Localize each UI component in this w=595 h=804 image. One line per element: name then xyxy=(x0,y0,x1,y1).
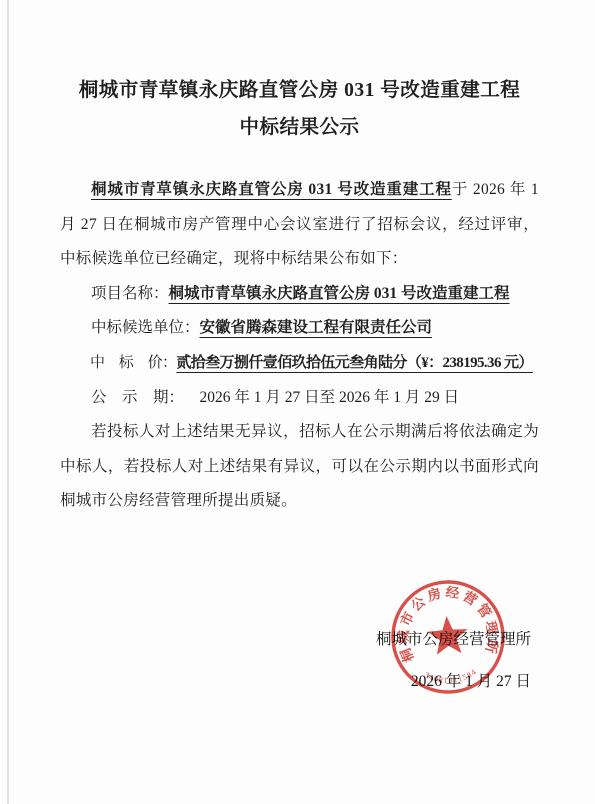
scanned-notice-page: 桐城市青草镇永庆路直管公房 031 号改造重建工程 中标结果公示 桐城市青草镇永… xyxy=(0,0,595,804)
scan-edge-artifact xyxy=(7,0,9,804)
field-value: 安徽省腾森建设工程有限责任公司 xyxy=(200,319,433,336)
field-label: 公 示 期： xyxy=(91,389,184,406)
document-body: 桐城市青草镇永庆路直管公房 031 号改造重建工程于 2026 年 1 月 27… xyxy=(60,173,539,519)
field-project-name: 项目名称：桐城市青草镇永庆路直管公房 031 号改造重建工程 xyxy=(60,277,539,312)
issue-date: 2026 年 1 月 27 日 xyxy=(376,672,531,692)
field-label: 中标候选单位： xyxy=(91,319,200,336)
field-publicity-period: 公 示 期：2026 年 1 月 27 日至 2026 年 1 月 29 日 xyxy=(60,381,539,416)
document-content: 桐城市青草镇永庆路直管公房 031 号改造重建工程 中标结果公示 桐城市青草镇永… xyxy=(60,72,539,519)
document-title: 桐城市青草镇永庆路直管公房 031 号改造重建工程 中标结果公示 xyxy=(60,72,539,146)
intro-project-name: 桐城市青草镇永庆路直管公房 031 号改造重建工程 xyxy=(91,181,452,198)
field-value: 2026 年 1 月 27 日至 2026 年 1 月 29 日 xyxy=(200,389,460,406)
issuing-organization: 桐城市公房经营管理所 xyxy=(376,630,531,650)
field-winning-candidate: 中标候选单位：安徽省腾森建设工程有限责任公司 xyxy=(60,311,539,346)
field-value: 桐城市青草镇永庆路直管公房 031 号改造重建工程 xyxy=(169,285,510,302)
signature-block: 桐城市公房经营管理所 2026 年 1 月 27 日 xyxy=(376,630,531,692)
field-value: 贰拾叁万捌仟壹佰玖拾伍元叁角陆分（¥：238195.36 元） xyxy=(176,355,532,371)
field-bid-price: 中 标 价：贰拾叁万捌仟壹佰玖拾伍元叁角陆分（¥：238195.36 元） xyxy=(60,346,539,381)
field-label: 项目名称： xyxy=(91,285,169,302)
field-label: 中 标 价： xyxy=(90,355,176,371)
title-line-1: 桐城市青草镇永庆路直管公房 031 号改造重建工程 xyxy=(79,80,521,101)
intro-paragraph: 桐城市青草镇永庆路直管公房 031 号改造重建工程于 2026 年 1 月 27… xyxy=(60,173,539,277)
closing-paragraph: 若投标人对上述结果无异议，招标人在公示期满后将依法确定为中标人，若投标人对上述结… xyxy=(60,415,539,519)
title-line-2: 中标结果公示 xyxy=(239,117,359,138)
